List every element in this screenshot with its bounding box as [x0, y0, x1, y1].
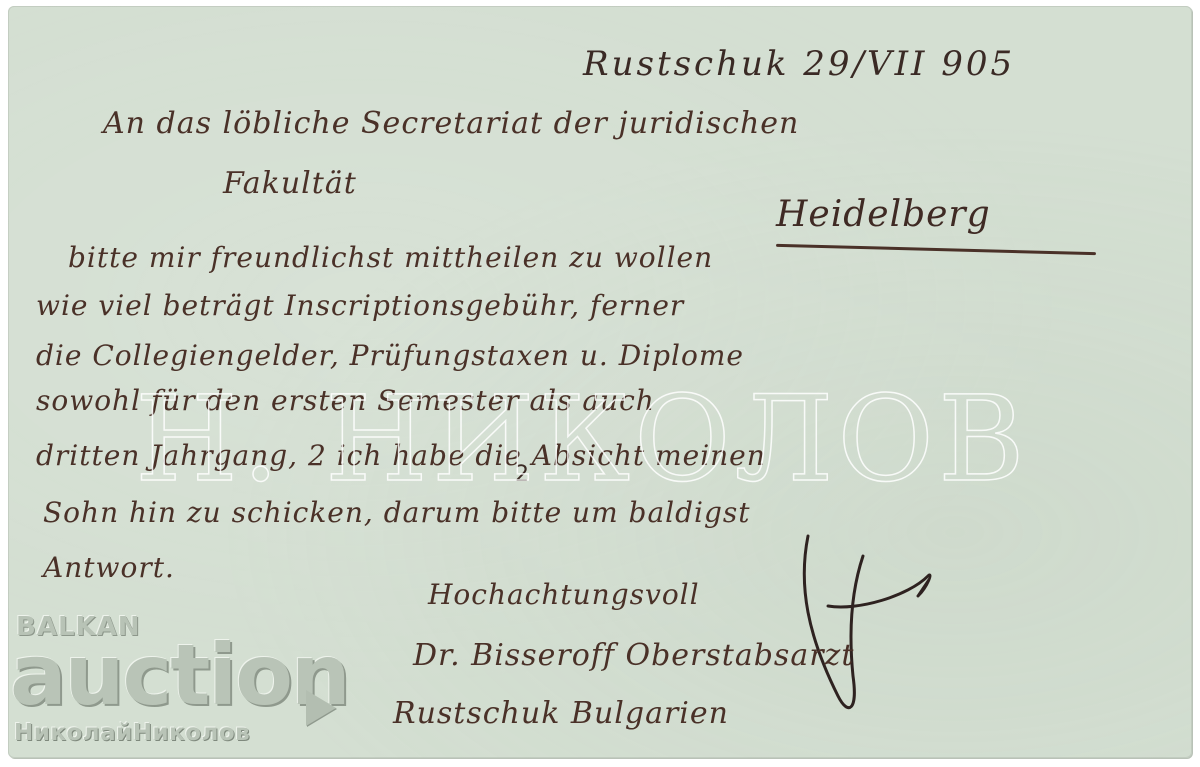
address-line-1: An das löbliche Secretariat der juridisc… [103, 106, 799, 141]
body-line: dritten Jahrgang, 2 ich habe die Absicht… [36, 439, 766, 472]
body-line: die Collegiengelder, Prüfungstaxen u. Di… [36, 339, 744, 372]
city-underline [776, 244, 1096, 255]
body-line: Antwort. [43, 551, 175, 584]
body-line: Sohn hin zu schicken, darum bitte um bal… [43, 496, 751, 529]
stray-mark: 2 [515, 462, 529, 487]
address-line-2: Fakultät [223, 166, 357, 201]
postcard: Rustschuk 29/VII 905 An das löbliche Sec… [8, 6, 1192, 758]
address-city: Heidelberg [776, 194, 991, 235]
body-line: sowohl für den ersten Semester als auch [36, 384, 655, 417]
signature-place: Rustschuk Bulgarien [393, 696, 729, 731]
body-line: wie viel beträgt Inscriptionsgebühr, fer… [36, 289, 684, 322]
signature-name: Dr. Bisseroff Oberstabsarzt [413, 638, 854, 673]
body-line: bitte mir freundlichst mittheilen zu wol… [68, 241, 713, 274]
signature-flourish-icon [768, 526, 958, 726]
closing-line: Hochachtungsvoll [428, 578, 700, 611]
place-date-line: Rustschuk 29/VII 905 [583, 44, 1015, 84]
